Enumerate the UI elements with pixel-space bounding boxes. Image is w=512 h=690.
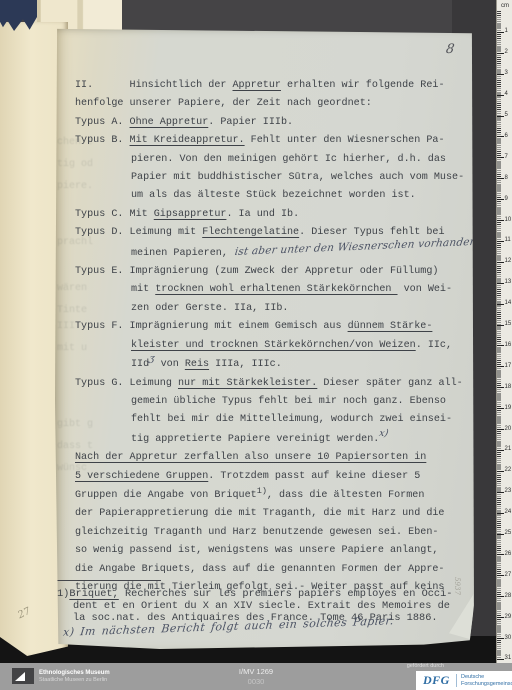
ruler-cm-number: 15 — [505, 321, 512, 327]
ruler-cm-number: 29 — [505, 614, 512, 620]
ruler-unit-label: cm — [501, 3, 509, 9]
ruler-cm-tick — [497, 95, 504, 96]
text-line: Typus A. Ohne Appretur. Papier IIIb. — [75, 114, 480, 132]
ruler-cm-number: 22 — [505, 467, 512, 473]
ruler-cm-tick — [497, 450, 504, 451]
text-line: gleichzeitig Traganth und Harz benutzend… — [75, 524, 480, 542]
ruler-cm-tick — [497, 74, 504, 75]
text-line: Typus E. Imprägnierung (zum Zweck der Ap… — [75, 263, 480, 281]
ruler-cm-tick — [497, 220, 504, 221]
text-line: II. Hinsichtlich der Appretur erhalten w… — [75, 77, 480, 95]
ruler: cm 1234567891011121314151617181920212223… — [496, 0, 512, 664]
ruler-cm-tick — [497, 429, 504, 430]
ruler-cm-number: 12 — [505, 258, 512, 264]
text-line: dent et en Orient du X an XIV siecle. Ex… — [73, 600, 452, 612]
ruler-cm-number: 23 — [505, 488, 512, 494]
ruler-cm-number: 24 — [505, 509, 512, 515]
ruler-cm-tick — [497, 638, 504, 639]
text-line: die Angabe Briquets, dass auf die genann… — [75, 561, 480, 579]
text-line: Nach der Appretur zerfallen also unsere … — [75, 449, 480, 467]
ruler-cm-number: 13 — [505, 279, 512, 285]
ruler-cm-number: 26 — [505, 551, 512, 557]
ruler-cm-tick — [497, 596, 504, 597]
ruler-cm-number: 7 — [505, 154, 508, 160]
ruler-cm-number: 1 — [505, 28, 508, 34]
ruler-cm-number: 2 — [505, 49, 508, 55]
ruler-cm-number: 28 — [505, 593, 512, 599]
ruler-cm-number: 20 — [505, 426, 512, 432]
ruler-cm-tick — [497, 304, 504, 305]
text-line: Typus G. Leimung nur mit Stärkekleister.… — [75, 375, 480, 393]
text-line: fehlt bei mir die Mittelleimung, wodurch… — [131, 411, 480, 429]
ruler-cm-tick — [497, 157, 504, 158]
scanned-document: 27 8 chen ttig odpiere.prachlwärenTinteI… — [0, 0, 512, 690]
ruler-cm-tick — [497, 283, 504, 284]
funding-caption: gefördert durch — [407, 663, 444, 669]
pencil-vertical-number: 5937 — [453, 577, 461, 595]
dfg-name: Deutsche Forschungsgemeinschaft — [461, 674, 512, 687]
ruler-cm-number: 5 — [505, 112, 508, 118]
ruler-cm-tick — [497, 534, 504, 535]
text-line: Typus B. Mit Kreideappretur. Fehlt unter… — [75, 132, 480, 150]
ruler-cm-number: 17 — [505, 363, 512, 369]
text-line: zen oder Gerste. IIa, IIb. — [131, 300, 480, 318]
text-line: IIdʒ von Reis IIIa, IIIc. — [131, 355, 480, 374]
ruler-cm-number: 21 — [505, 446, 512, 452]
ruler-cm-number: 27 — [505, 572, 512, 578]
ruler-cm-number: 6 — [505, 133, 508, 139]
ruler-cm-tick — [497, 262, 504, 263]
ruler-cm-number: 16 — [505, 342, 512, 348]
ruler-cm-tick — [497, 513, 504, 514]
ruler-cm-tick — [497, 136, 504, 137]
document-page: 8 chen ttig odpiere.prachlwärenTinteIII.… — [55, 27, 474, 649]
text-line: gemein übliche Typus fehlt bei mir noch … — [131, 393, 480, 411]
ruler-mm-ticks — [497, 11, 501, 660]
ruler-cm-tick — [497, 575, 504, 576]
ruler-cm-tick — [497, 471, 504, 472]
text-line: kleister und trocknen Stärkekörnchen/von… — [131, 337, 480, 355]
ruler-cm-tick — [497, 408, 504, 409]
ruler-cm-number: 14 — [505, 300, 512, 306]
ruler-cm-tick — [497, 617, 504, 618]
text-line: 5 verschiedene Gruppen. Trotzdem passt a… — [75, 468, 480, 486]
ruler-cm-tick — [497, 325, 504, 326]
text-line: Typus C. Mit Gipsappretur. Ia und Ib. — [75, 206, 480, 224]
ruler-cm-number: 18 — [505, 384, 512, 390]
text-line: henfolge unserer Papiere, der Zeit nach … — [75, 95, 480, 113]
text-line: pieren. Von den meinigen gehört Ic hierh… — [131, 151, 480, 169]
text-line: Gruppen die Angabe von Briquet1), dass d… — [75, 486, 480, 505]
ruler-cm-tick — [497, 492, 504, 493]
ruler-cm-tick — [497, 53, 504, 54]
typed-text: II. Hinsichtlich der Appretur erhalten w… — [75, 77, 480, 597]
text-line: tig appretierte Papiere vereinigt werden… — [131, 430, 480, 449]
footer-bar: Ethnologisches Museum Staatliche Museen … — [0, 663, 512, 690]
text-line: so wenig passend ist, wenigstens was uns… — [75, 542, 480, 560]
ruler-cm-tick — [497, 199, 504, 200]
ruler-cm-tick — [497, 32, 504, 33]
ruler-cm-number: 19 — [505, 405, 512, 411]
ruler-cm-tick — [497, 116, 504, 117]
dfg-logo: DFG Deutsche Forschungsgemeinschaft — [416, 671, 512, 690]
ruler-cm-tick — [497, 554, 504, 555]
ruler-cm-number: 25 — [505, 530, 512, 536]
ruler-cm-tick — [497, 178, 504, 179]
footnote-separator — [57, 580, 161, 581]
text-line: Papier mit buddhistischer Sūtra, welches… — [131, 169, 480, 187]
dfg-abbr: DFG — [423, 673, 450, 688]
ruler-cm-tick — [497, 345, 504, 346]
text-line: meinen Papieren, ist aber unter den Wies… — [131, 243, 480, 263]
text-line: 1)Briquet, Recherches sur les premiers p… — [57, 588, 452, 600]
text-line: mit trocknen wohl erhaltenen Stärkekörnc… — [131, 281, 480, 299]
ruler-cm-tick — [497, 387, 504, 388]
ruler-cm-number: 8 — [505, 175, 508, 181]
dfg-divider — [456, 674, 457, 687]
ruler-cm-number: 30 — [505, 635, 512, 641]
ruler-cm-number: 31 — [505, 655, 512, 661]
ruler-cm-tick — [497, 241, 504, 242]
ruler-cm-number: 10 — [505, 217, 512, 223]
ruler-cm-number: 11 — [505, 237, 511, 243]
ruler-cm-number: 4 — [505, 91, 508, 97]
ruler-cm-tick — [497, 659, 504, 660]
ruler-cm-number: 3 — [505, 70, 508, 76]
ruler-cm-tick — [497, 366, 504, 367]
ruler-cm-number: 9 — [505, 196, 508, 202]
text-line: um als das älteste Stück bezeichnet word… — [131, 187, 480, 205]
text-line: der Papierappretierung die mit Traganth,… — [75, 505, 480, 523]
text-line: Typus F. Imprägnierung mit einem Gemisch… — [75, 318, 480, 336]
